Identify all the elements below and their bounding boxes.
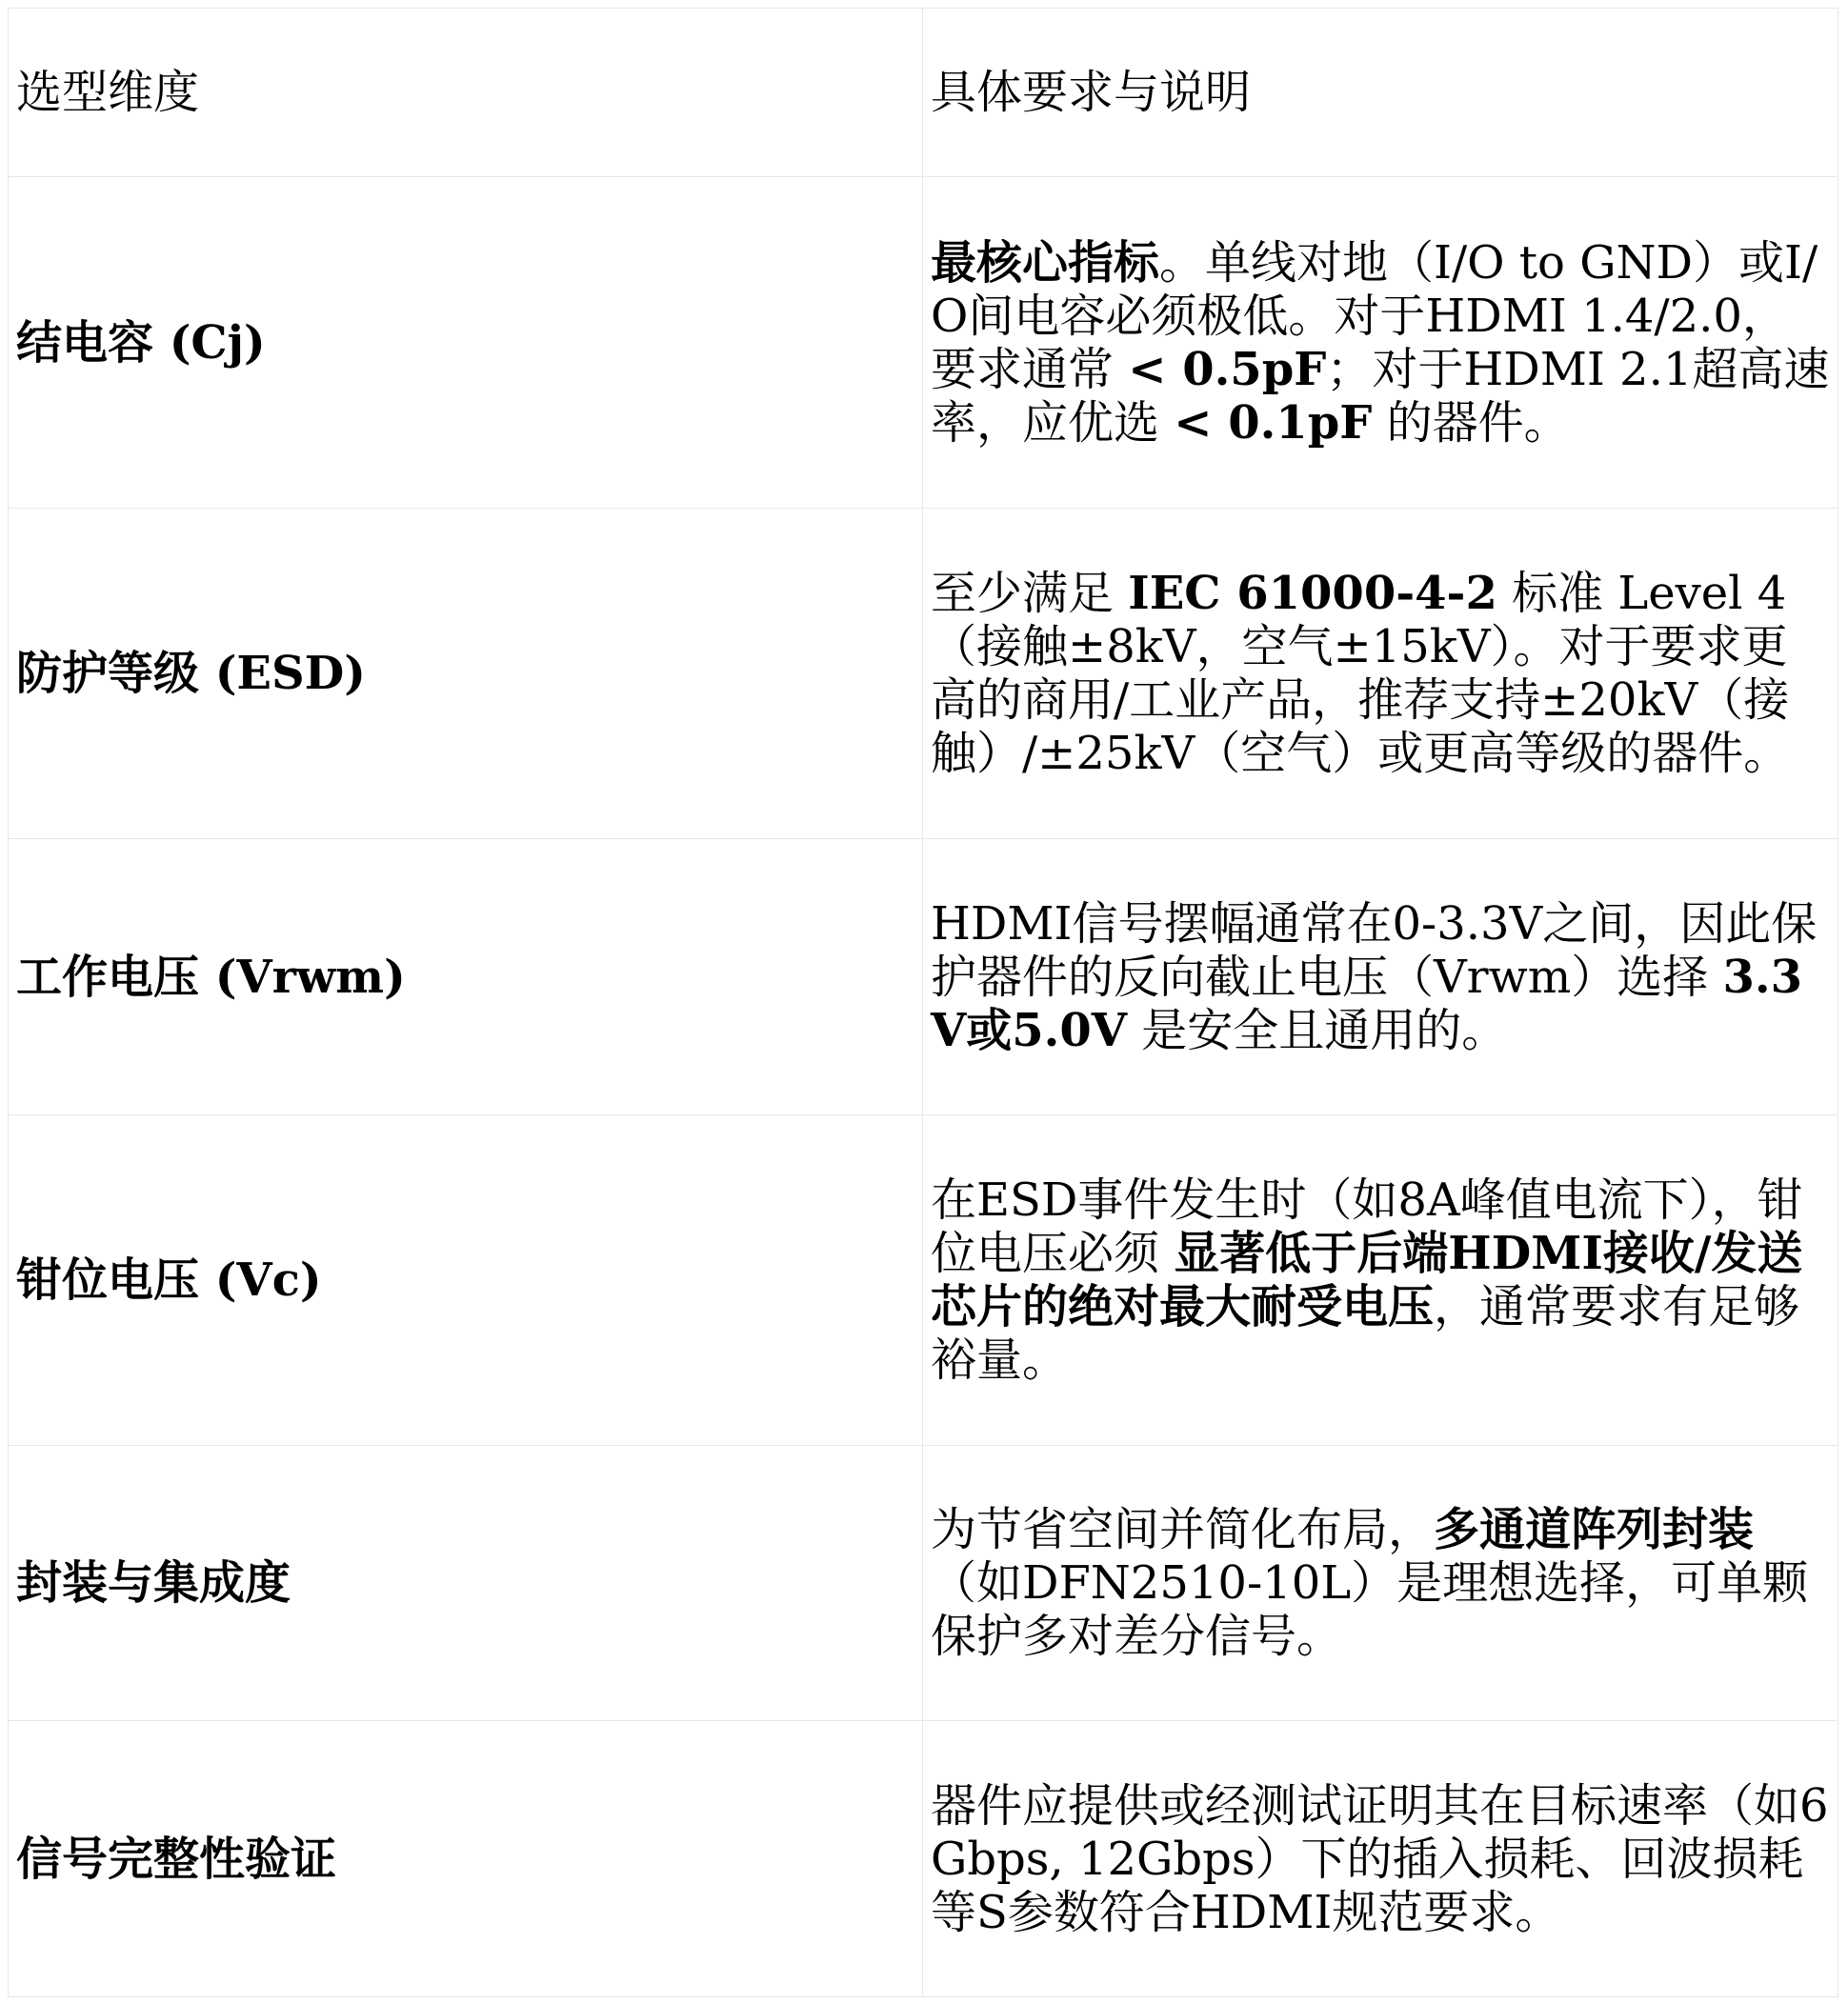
desc-emphasis: 多通道阵列封装 [1434,1503,1754,1556]
desc-emphasis: < 0.5pF [1128,343,1326,396]
desc-text: 至少满足 [931,567,1128,620]
row-label-signal-integrity: 信号完整性验证 [9,1721,923,1997]
header-requirements: 具体要求与说明 [923,9,1838,177]
desc-text: 器件应提供或经测试证明其在目标速率（如6Gbps, 12Gbps）下的插入损耗、… [931,1779,1829,1939]
desc-emphasis: 最核心指标 [931,236,1159,290]
table-row: 结电容 (Cj) 最核心指标。单线对地（I/O to GND）或I/O间电容必须… [9,177,1838,509]
desc-emphasis: IEC 61000-4-2 [1128,567,1497,620]
desc-text: 是安全且通用的。 [1127,1004,1507,1057]
desc-text: 的器件。 [1372,396,1569,450]
row-desc-esd-protection: 至少满足 IEC 61000-4-2 标准 Level 4（接触±8kV，空气±… [923,509,1838,839]
row-desc-working-voltage: HDMI信号摆幅通常在0-3.3V之间，因此保护器件的反向截止电压（Vrwm）选… [923,839,1838,1115]
table-row: 防护等级 (ESD) 至少满足 IEC 61000-4-2 标准 Level 4… [9,509,1838,839]
table-row: 封装与集成度 为节省空间并简化布局，多通道阵列封装（如DFN2510-10L）是… [9,1446,1838,1721]
row-label-clamping-voltage: 钳位电压 (Vc) [9,1115,923,1446]
selection-table-container: 选型维度 具体要求与说明 结电容 (Cj) 最核心指标。单线对地（I/O to … [8,8,1838,1997]
hdmi-esd-selection-table: 选型维度 具体要求与说明 结电容 (Cj) 最核心指标。单线对地（I/O to … [8,8,1838,1997]
desc-text: （如DFN2510-10L）是理想选择，可单颗保护多对差分信号。 [931,1556,1808,1663]
header-dimension: 选型维度 [9,9,923,177]
row-label-working-voltage: 工作电压 (Vrwm) [9,839,923,1115]
desc-text: HDMI信号摆幅通常在0-3.3V之间，因此保护器件的反向截止电压（Vrwm）选… [931,897,1817,1004]
row-label-esd-protection: 防护等级 (ESD) [9,509,923,839]
row-label-junction-capacitance: 结电容 (Cj) [9,177,923,509]
desc-text: 为节省空间并简化布局， [931,1503,1434,1556]
row-label-package-integration: 封装与集成度 [9,1446,923,1721]
row-desc-signal-integrity: 器件应提供或经测试证明其在目标速率（如6Gbps, 12Gbps）下的插入损耗、… [923,1721,1838,1997]
desc-emphasis: < 0.1pF [1174,396,1372,450]
row-desc-junction-capacitance: 最核心指标。单线对地（I/O to GND）或I/O间电容必须极低。对于HDMI… [923,177,1838,509]
table-header-row: 选型维度 具体要求与说明 [9,9,1838,177]
table-row: 工作电压 (Vrwm) HDMI信号摆幅通常在0-3.3V之间，因此保护器件的反… [9,839,1838,1115]
table-row: 钳位电压 (Vc) 在ESD事件发生时（如8A峰值电流下），钳位电压必须 显著低… [9,1115,1838,1446]
row-desc-package-integration: 为节省空间并简化布局，多通道阵列封装（如DFN2510-10L）是理想选择，可单… [923,1446,1838,1721]
row-desc-clamping-voltage: 在ESD事件发生时（如8A峰值电流下），钳位电压必须 显著低于后端HDMI接收/… [923,1115,1838,1446]
table-row: 信号完整性验证 器件应提供或经测试证明其在目标速率（如6Gbps, 12Gbps… [9,1721,1838,1997]
